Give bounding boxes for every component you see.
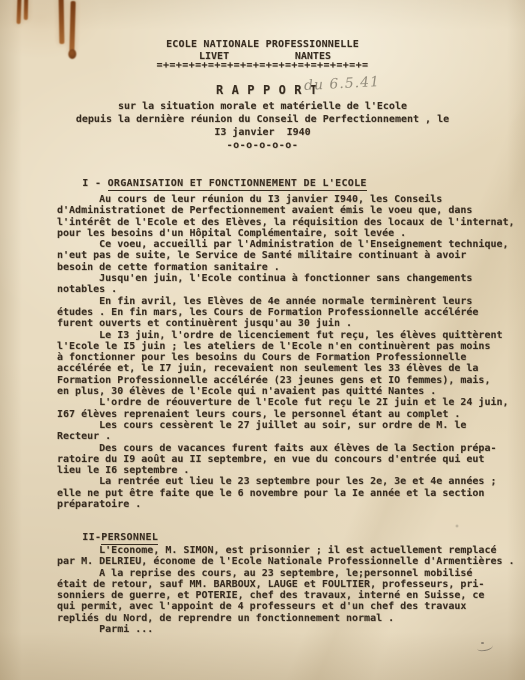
section-1-label: I -	[82, 178, 107, 189]
document-page: ECOLE NATIONALE PROFESSIONNELLE LIVET NA…	[0, 0, 525, 680]
staple-rust-stain	[17, 0, 21, 24]
section-2-title: PERSONNEL	[101, 532, 158, 545]
pencil-mark-dot	[481, 642, 484, 644]
report-title: R A P P O R T	[216, 83, 318, 97]
staple-rust-stain	[24, 0, 28, 20]
ink-smudge	[455, 524, 459, 528]
staple-rust-stain	[59, 0, 64, 44]
section-2-label: II-	[82, 532, 101, 543]
subtitle-ornament: -o-o-o-o-o-	[0, 140, 525, 151]
section-1-body: Au cours de leur réunion du I3 janvier I…	[57, 194, 515, 510]
header-rule-ornament: =+=+=+=+=+=+=+=+=+=+=+=+=+=+=+=+=	[0, 60, 525, 71]
pencil-mark	[477, 642, 494, 652]
section-1-title: ORGANISATION ET FONCTIONNEMENT DE L'ECOL…	[108, 178, 367, 191]
section-2-body: L'Econome, M. SIMON, est prisonnier ; il…	[57, 545, 515, 635]
report-subtitle: sur la situation morale et matérielle de…	[0, 101, 525, 140]
institution-name: ECOLE NATIONALE PROFESSIONNELLE	[0, 39, 525, 50]
handwritten-date-annotation: du 6.5.41	[304, 74, 381, 94]
